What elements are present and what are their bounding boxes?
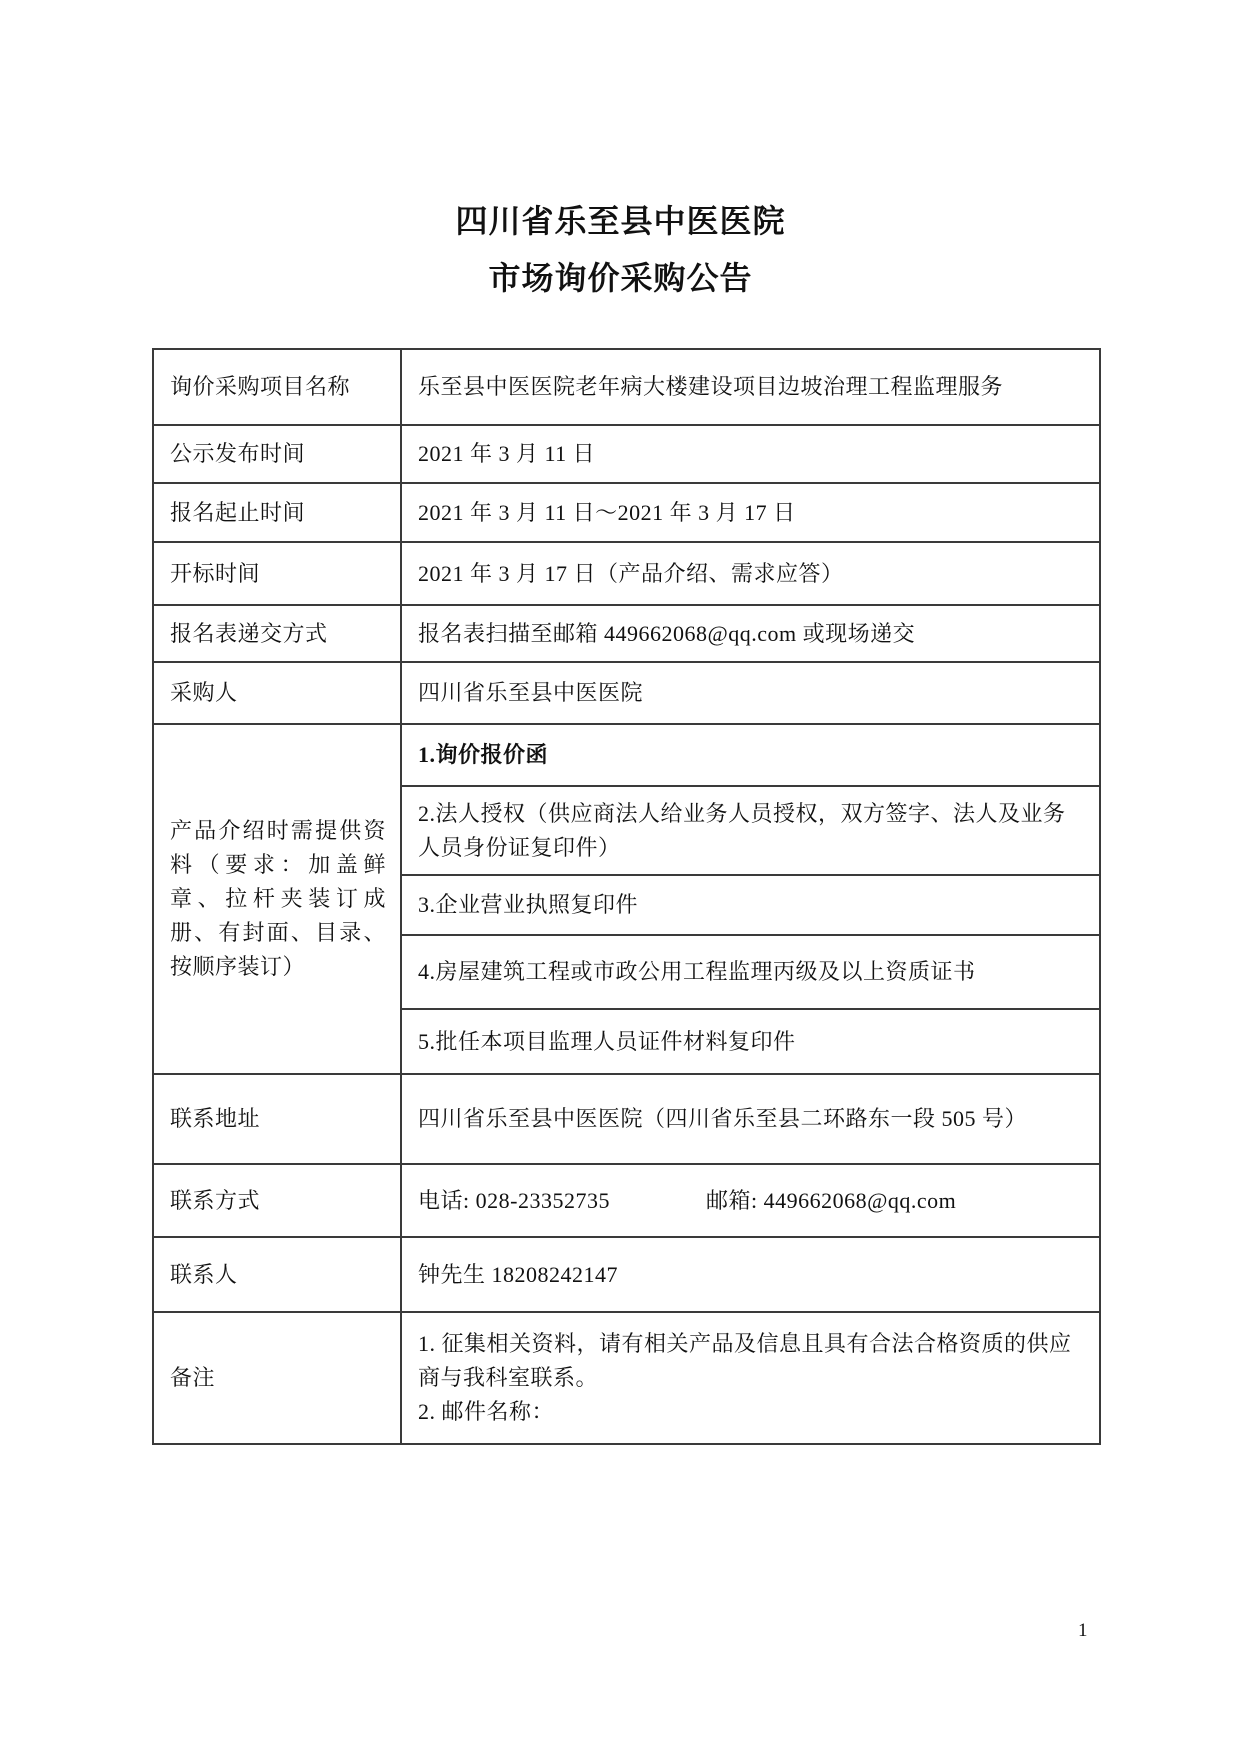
table-row: 联系人 钟先生 18208242147 <box>153 1237 1100 1312</box>
row-value-contact-person: 钟先生 18208242147 <box>401 1237 1100 1312</box>
material-item-4: 4.房屋建筑工程或市政公用工程监理丙级及以上资质证书 <box>401 935 1100 1009</box>
table-row: 备注 1. 征集相关资料，请有相关产品及信息且具有合法合格资质的供应商与我科室联… <box>153 1312 1100 1444</box>
page-number: 1 <box>1078 1620 1088 1642</box>
contact-phone: 电话: 028-23352735 <box>418 1188 610 1213</box>
procurement-table: 询价采购项目名称 乐至县中医医院老年病大楼建设项目边坡治理工程监理服务 公示发布… <box>152 348 1101 1445</box>
row-label-project-name: 询价采购项目名称 <box>153 349 401 425</box>
row-value-purchaser: 四川省乐至县中医医院 <box>401 662 1100 724</box>
row-label-contact-address: 联系地址 <box>153 1074 401 1164</box>
remark-line-1: 1. 征集相关资料，请有相关产品及信息且具有合法合格资质的供应商与我科室联系。 <box>418 1327 1085 1395</box>
row-label-bid-opening-time: 开标时间 <box>153 542 401 605</box>
table-row: 公示发布时间 2021 年 3 月 11 日 <box>153 425 1100 483</box>
row-label-purchaser: 采购人 <box>153 662 401 724</box>
table-row: 联系地址 四川省乐至县中医医院（四川省乐至县二环路东一段 505 号） <box>153 1074 1100 1164</box>
row-value-submission-method: 报名表扫描至邮箱 449662068@qq.com 或现场递交 <box>401 605 1100 662</box>
row-label-contact-method: 联系方式 <box>153 1164 401 1237</box>
document-title: 四川省乐至县中医医院 市场询价采购公告 <box>0 193 1241 307</box>
remark-line-2: 2. 邮件名称： <box>418 1395 1085 1429</box>
row-value-publish-date: 2021 年 3 月 11 日 <box>401 425 1100 483</box>
row-label-registration-period: 报名起止时间 <box>153 483 401 542</box>
contact-email: 邮箱: 449662068@qq.com <box>706 1184 956 1218</box>
title-line-1: 四川省乐至县中医医院 <box>0 193 1241 250</box>
table-row: 采购人 四川省乐至县中医医院 <box>153 662 1100 724</box>
table-row: 询价采购项目名称 乐至县中医医院老年病大楼建设项目边坡治理工程监理服务 <box>153 349 1100 425</box>
table-row: 报名起止时间 2021 年 3 月 11 日～2021 年 3 月 17 日 <box>153 483 1100 542</box>
table-row: 开标时间 2021 年 3 月 17 日（产品介绍、需求应答） <box>153 542 1100 605</box>
row-label-publish-date: 公示发布时间 <box>153 425 401 483</box>
row-label-contact-person: 联系人 <box>153 1237 401 1312</box>
row-label-submission-method: 报名表递交方式 <box>153 605 401 662</box>
row-label-required-materials: 产品介绍时需提供资料（要求：加盖鲜章、拉杆夹装订成册、有封面、目录、按顺序装订） <box>153 724 401 1074</box>
row-value-contact-address: 四川省乐至县中医医院（四川省乐至县二环路东一段 505 号） <box>401 1074 1100 1164</box>
row-value-contact-method: 电话: 028-23352735 邮箱: 449662068@qq.com <box>401 1164 1100 1237</box>
document-page: 四川省乐至县中医医院 市场询价采购公告 询价采购项目名称 乐至县中医医院老年病大… <box>0 0 1241 1754</box>
material-item-2: 2.法人授权（供应商法人给业务人员授权，双方签字、法人及业务人员身份证复印件） <box>401 786 1100 875</box>
table-row: 产品介绍时需提供资料（要求：加盖鲜章、拉杆夹装订成册、有封面、目录、按顺序装订）… <box>153 724 1100 786</box>
material-item-5: 5.批任本项目监理人员证件材料复印件 <box>401 1009 1100 1074</box>
row-value-project-name: 乐至县中医医院老年病大楼建设项目边坡治理工程监理服务 <box>401 349 1100 425</box>
material-item-3: 3.企业营业执照复印件 <box>401 875 1100 935</box>
title-line-2: 市场询价采购公告 <box>0 250 1241 307</box>
row-value-remarks: 1. 征集相关资料，请有相关产品及信息且具有合法合格资质的供应商与我科室联系。 … <box>401 1312 1100 1444</box>
table-row: 联系方式 电话: 028-23352735 邮箱: 449662068@qq.c… <box>153 1164 1100 1237</box>
row-value-bid-opening-time: 2021 年 3 月 17 日（产品介绍、需求应答） <box>401 542 1100 605</box>
row-value-registration-period: 2021 年 3 月 11 日～2021 年 3 月 17 日 <box>401 483 1100 542</box>
material-item-1: 1.询价报价函 <box>401 724 1100 786</box>
row-label-remarks: 备注 <box>153 1312 401 1444</box>
table-row: 报名表递交方式 报名表扫描至邮箱 449662068@qq.com 或现场递交 <box>153 605 1100 662</box>
